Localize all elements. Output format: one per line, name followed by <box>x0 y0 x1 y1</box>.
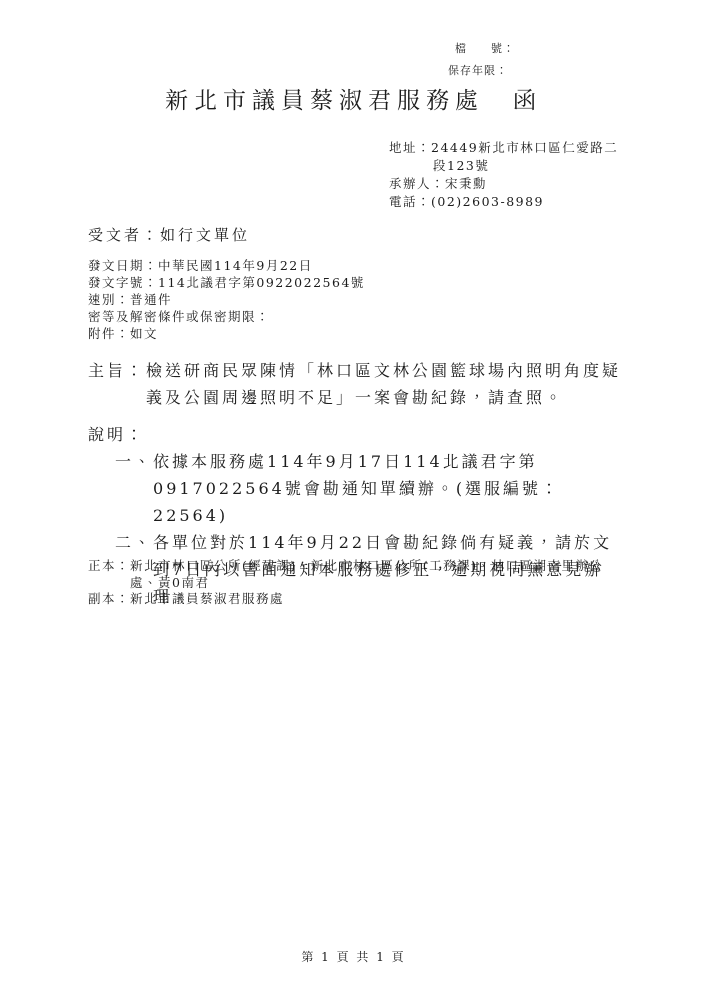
subject-text: 檢送研商民眾陳情「林口區文林公園籃球場內照明角度疑義及公園周邊照明不足」一案會勘… <box>146 357 624 411</box>
speed-value: 普通件 <box>130 292 172 307</box>
issue-date-label: 發文日期： <box>88 258 158 273</box>
speed-label: 速別： <box>88 292 130 307</box>
subject-label: 主旨： <box>88 357 146 384</box>
subject-section: 主旨： 檢送研商民眾陳情「林口區文林公園籃球場內照明角度疑義及公園周邊照明不足」… <box>88 357 624 411</box>
recipient-label: 受文者： <box>88 226 160 244</box>
description-item-1-text: 依據本服務處114年9月17日114北議君字第0917022564號會勘通知單續… <box>153 448 624 529</box>
document-meta: 發文日期：中華民國114年9月22日 發文字號：114北議君字第09220225… <box>88 257 365 342</box>
doc-number-label: 發文字號： <box>88 275 158 290</box>
description-item-1-number: 一、 <box>115 448 153 475</box>
speed-line: 速別：普通件 <box>88 291 365 308</box>
official-letter-page: 檔 號： 保存年限： 新北市議員蔡淑君服務處 函 地址：24449新北市林口區仁… <box>0 0 707 1000</box>
recipient-line: 受文者：如行文單位 <box>88 224 250 245</box>
recipient-value: 如行文單位 <box>160 226 250 244</box>
sender-info: 地址：24449新北市林口區仁愛路二 段123號 承辦人：宋秉勳 電話：(02)… <box>389 139 618 211</box>
original-copy-recipients: 新北市林口區公所(經建課)、新北市林口區公所(工務課)、林口區湖南里辦公處、黃0… <box>130 558 625 591</box>
retention-period-label: 保存年限： <box>448 60 515 82</box>
attachment-label: 附件： <box>88 326 130 341</box>
doc-number-value: 114北議君字第0922022564號 <box>158 275 365 290</box>
duplicate-copy-recipients: 新北市議員蔡淑君服務處 <box>130 591 625 608</box>
sender-contact: 承辦人：宋秉勳 <box>389 175 618 193</box>
duplicate-copy-label: 副本： <box>88 591 130 608</box>
issue-date-line: 發文日期：中華民國114年9月22日 <box>88 257 365 274</box>
sender-address-line2: 段123號 <box>389 157 618 175</box>
document-title: 新北市議員蔡淑君服務處 函 <box>0 82 707 115</box>
description-item-2-number: 二、 <box>115 529 153 556</box>
duplicate-copy-line: 副本： 新北市議員蔡淑君服務處 <box>88 591 625 608</box>
distribution-section: 正本： 新北市林口區公所(經建課)、新北市林口區公所(工務課)、林口區湖南里辦公… <box>88 558 625 608</box>
original-copy-line: 正本： 新北市林口區公所(經建課)、新北市林口區公所(工務課)、林口區湖南里辦公… <box>88 558 625 591</box>
description-item-1: 一、 依據本服務處114年9月17日114北議君字第0917022564號會勘通… <box>88 448 624 529</box>
page-number: 第 1 頁 共 1 頁 <box>0 948 707 965</box>
doc-number-line: 發文字號：114北議君字第0922022564號 <box>88 274 365 291</box>
attachment-value: 如文 <box>130 326 158 341</box>
classification-line: 密等及解密條件或保密期限： <box>88 308 365 325</box>
attachment-line: 附件：如文 <box>88 325 365 342</box>
original-copy-label: 正本： <box>88 558 130 575</box>
sender-phone: 電話：(02)2603-8989 <box>389 193 618 211</box>
description-label: 說明： <box>88 421 624 448</box>
archival-info: 檔 號： 保存年限： <box>448 38 515 82</box>
sender-address-line1: 地址：24449新北市林口區仁愛路二 <box>389 139 618 157</box>
file-number-label: 檔 號： <box>448 38 515 60</box>
issue-date-value: 中華民國114年9月22日 <box>158 258 313 273</box>
classification-label: 密等及解密條件或保密期限： <box>88 309 270 324</box>
